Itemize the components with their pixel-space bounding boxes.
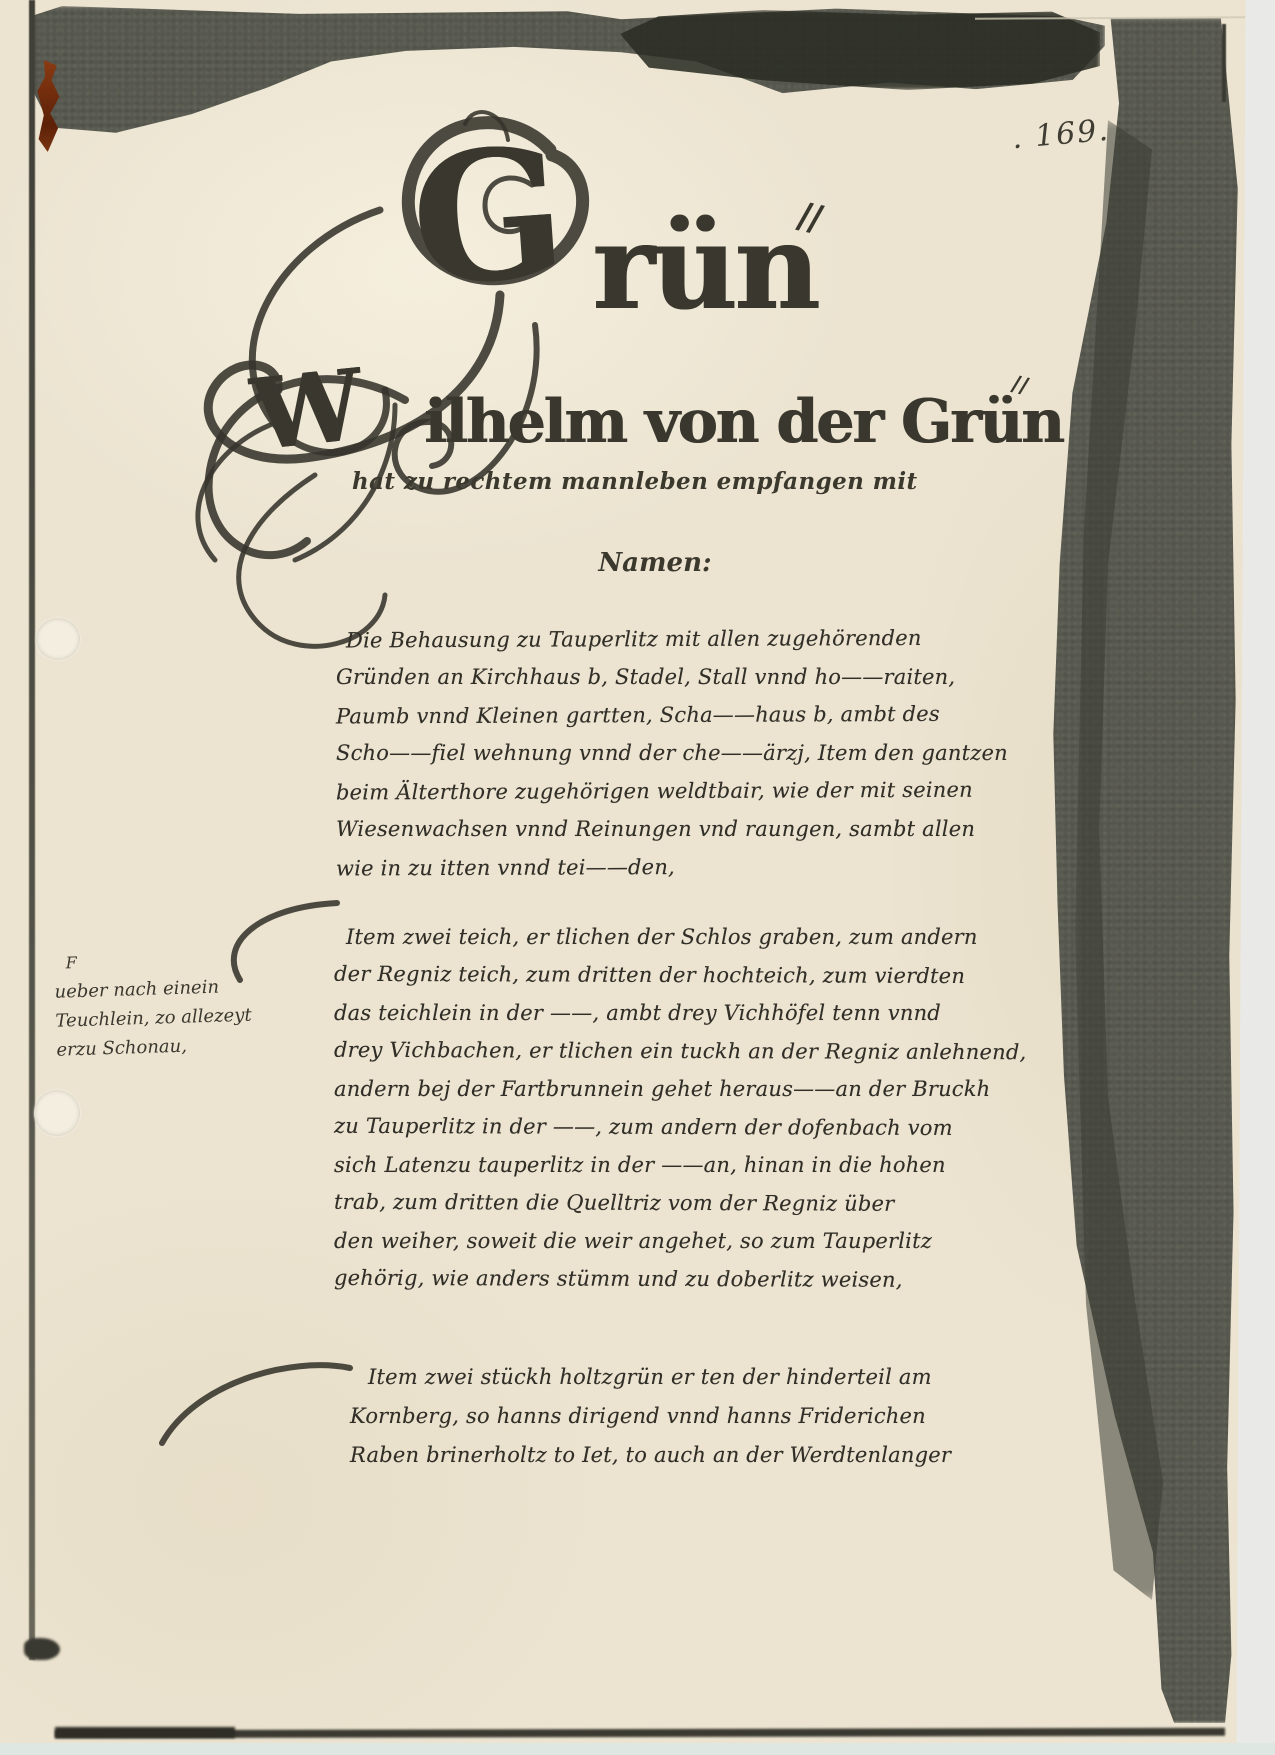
text-line: drey Vichbachen, er tlichen ein tuckh an… <box>334 1031 1027 1071</box>
subtitle-initial: W <box>247 357 367 466</box>
text-line: das teichlein in der ——, ambt drey Vichh… <box>334 994 1026 1032</box>
text-line: Item zwei stückh holtzgrün er ten der hi… <box>368 1358 951 1397</box>
text-line: Wiesenwachsen vnnd Reinungen vnd raungen… <box>336 810 1008 848</box>
subtitle-text: ilhelm von der Grün <box>424 392 1063 452</box>
text-line: wie in zu itten vnnd tei——den, <box>336 847 1008 888</box>
text-line: den weiher, soweit die weir angehet, so … <box>334 1222 1026 1260</box>
text-line: Die Behausung zu Tauperlitz mit allen zu… <box>346 619 1008 660</box>
heading-text: rün <box>592 208 817 326</box>
scan-artifact-top-dark-band <box>620 10 1100 90</box>
scanner-background-bottom <box>0 1743 1275 1755</box>
scanned-manuscript-page: . 169. G rün // W ilhelm von der Grün //… <box>0 0 1275 1755</box>
text-line: Item zwei teich, er tlichen der Schlos g… <box>346 918 1026 956</box>
text-line: zu Tauperlitz in der ——, zum andern der … <box>334 1107 1027 1147</box>
paragraph-2: Item zwei teich, er tlichen der Schlos g… <box>334 918 1026 1298</box>
text-line: Raben brinerholtz to Iet, to auch an der… <box>350 1436 951 1475</box>
heading-initial: G <box>406 123 570 311</box>
paragraph-3: Item zwei stückh holtzgrün er ten der hi… <box>350 1358 951 1475</box>
punch-hole-bottom <box>34 1090 80 1136</box>
text-line: gehörig, wie anders stümm und zu doberli… <box>334 1259 1027 1299</box>
punch-hole-top <box>36 618 80 660</box>
text-line: sich Latenzu tauperlitz in der ——an, hin… <box>334 1146 1026 1184</box>
text-line: Scho——fiel wehnung vnnd der che——ärzj, I… <box>336 734 1008 772</box>
namen-label: Namen: <box>575 548 735 578</box>
page-edge-left-mark <box>24 1638 60 1660</box>
text-line: trab, zum dritten die Quelltriz vom der … <box>334 1183 1027 1223</box>
text-line: Kornberg, so hanns dirigend vnnd hanns F… <box>350 1397 951 1436</box>
text-line: Paumb vnnd Kleinen gartten, Scha——haus b… <box>336 695 1008 736</box>
page-edge-left-line <box>29 0 35 1660</box>
text-line: andern bej der Fartbrunnein gehet heraus… <box>334 1070 1026 1108</box>
scanner-background-right <box>1233 0 1275 1755</box>
tagline: hat zu rechtem mannleben empfangen mit <box>352 468 918 495</box>
margin-note: F ueber nach einein Teuchlein, zo alleze… <box>53 941 297 1064</box>
text-line: beim Älterthore zugehörigen weldtbair, w… <box>336 771 1008 812</box>
page-edge-bottom-dark-segment <box>55 1727 235 1738</box>
paragraph-1: Die Behausung zu Tauperlitz mit allen zu… <box>336 620 1008 886</box>
margin-note-line: erzu Schonau, <box>56 1028 297 1065</box>
text-line: Gründen an Kirchhaus b, Stadel, Stall vn… <box>336 658 1008 696</box>
paragraph3-swash <box>150 1338 360 1458</box>
text-line: der Regniz teich, zum dritten der hochte… <box>334 955 1027 995</box>
page-corner-edge-line <box>1222 24 1226 102</box>
